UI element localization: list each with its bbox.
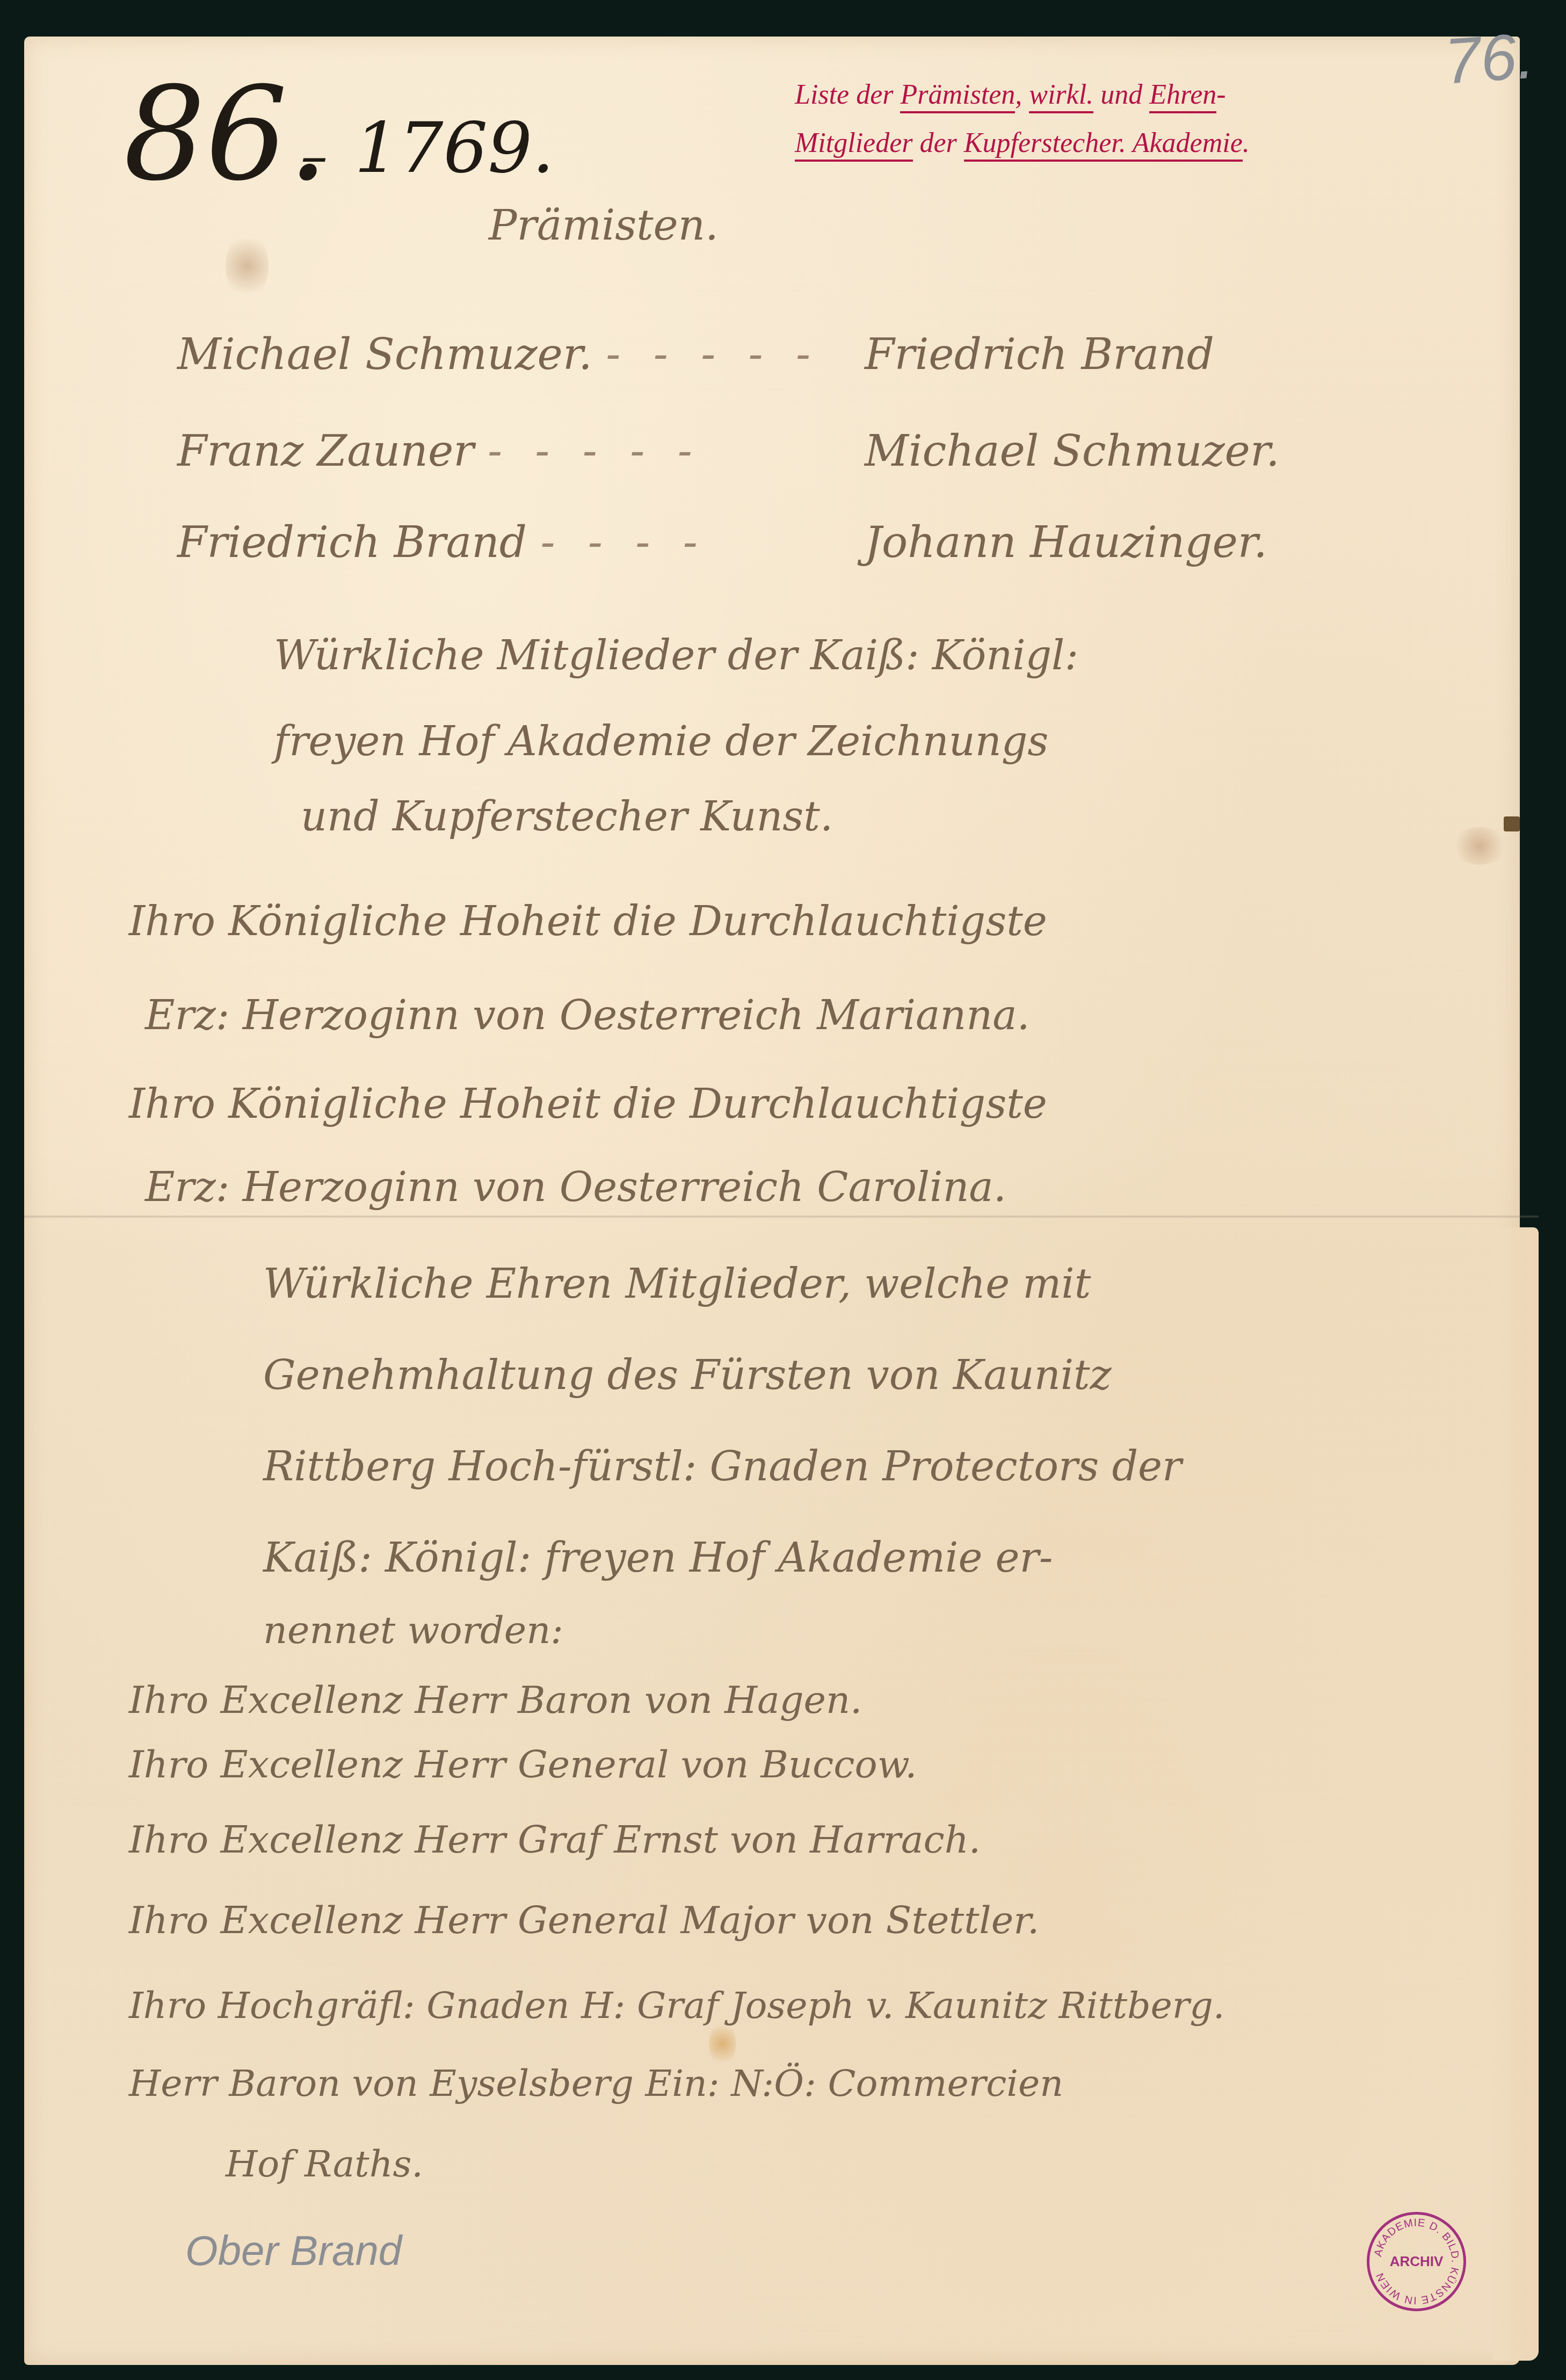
- royal-member-line: Erz: Herzoginn von Oesterreich Carolina.: [145, 1160, 1006, 1214]
- line-prefix: Ihro: [129, 1742, 208, 1786]
- header-text: ,: [1015, 79, 1029, 110]
- line-prefix: Ihro: [129, 1818, 208, 1862]
- header-text: -: [1216, 79, 1226, 110]
- line-prefix: Ihro: [129, 1985, 206, 2027]
- honorary-member-line: Ihro Excellenz Herr General von Buccow.: [129, 1740, 917, 1789]
- line-prefix: Erz:: [145, 991, 229, 1039]
- praemisten-left-name: Franz Zauner: [177, 426, 474, 476]
- paragraph-line: nennet worden:: [263, 1606, 563, 1654]
- document-year: 1769.: [354, 110, 554, 185]
- line-prefix: Ihro: [129, 1080, 215, 1127]
- paragraph-line: Kaiß: Königl: freyen Hof Akademie er-: [263, 1531, 1053, 1585]
- line-text: Excellenz Herr Baron von Hagen.: [221, 1678, 862, 1722]
- praemisten-right-name: Friedrich Brand: [865, 328, 1214, 381]
- header-underlined-text: wirkl.: [1029, 79, 1093, 113]
- dashed-connector: - - - - -: [488, 424, 702, 478]
- archive-stamp: AKADEMIE D. BILD. KÜNSTE IN WIEN ARCHIV: [1367, 2212, 1466, 2311]
- header-text: Liste der: [795, 79, 900, 110]
- honorary-member-line: Hof Raths.: [226, 2140, 423, 2189]
- praemisten-row: Franz Zauner - - - - -: [177, 424, 702, 478]
- praemisten-right-name: Johann Hauzinger.: [865, 516, 1267, 569]
- praemisten-row: Michael Schmuzer. - - - - -: [177, 328, 820, 381]
- praemisten-right-name: Michael Schmuzer.: [865, 424, 1280, 478]
- ink-stain: [1450, 827, 1509, 865]
- line-text: Excellenz Herr General Major von Stettle…: [221, 1898, 1040, 1942]
- honorary-member-line: Herr Baron von Eyselsberg Ein: N:Ö: Comm…: [129, 2060, 1063, 2108]
- royal-member-line: Erz: Herzoginn von Oesterreich Marianna.: [145, 988, 1030, 1042]
- line-prefix: Ihro: [129, 1678, 208, 1722]
- header-text: .: [1243, 128, 1250, 158]
- year-separator: –: [301, 126, 328, 185]
- line-text: Königliche Hoheit die Durchlauchtigste: [228, 897, 1047, 945]
- line-prefix: Erz:: [145, 1163, 229, 1211]
- dashed-connector: - - - -: [540, 516, 707, 569]
- header-underlined-text: Ehren: [1149, 79, 1216, 113]
- royal-member-line: Ihro Königliche Hoheit die Durchlauchtig…: [129, 894, 1047, 948]
- ink-stain: [226, 231, 269, 301]
- line-text: Herzoginn von Oesterreich Carolina.: [243, 1163, 1006, 1211]
- honorary-member-line: Ihro Hochgräfl: Gnaden H: Graf Joseph v.…: [129, 1982, 1224, 2030]
- folio-number: 76.: [1442, 18, 1536, 98]
- praemisten-row: Friedrich Brand - - - -: [177, 516, 707, 569]
- paragraph-line: Rittberg Hoch-fürstl: Gnaden Protectors …: [263, 1439, 1181, 1493]
- line-prefix: Ihro: [129, 1898, 208, 1942]
- praemisten-left-name: Friedrich Brand: [177, 517, 527, 567]
- line-text: Herzoginn von Oesterreich Marianna.: [243, 991, 1030, 1039]
- stamp-center-text: ARCHIV: [1369, 2253, 1463, 2270]
- manuscript-page-lower-edge: [1493, 1227, 1539, 2361]
- paragraph-line: Würkliche Ehren Mitglieder, welche mit: [263, 1257, 1091, 1311]
- paragraph-line: Genehmhaltung des Fürsten von Kaunitz: [263, 1348, 1112, 1402]
- file-number: 86.: [124, 64, 329, 204]
- archival-header-line-2: Mitglieder der Kupferstecher. Akademie.: [795, 126, 1250, 161]
- section-heading-praemisten: Prämisten.: [489, 199, 719, 252]
- header-underlined-text: Mitglieder: [795, 128, 913, 162]
- header-underlined-text: Kupferstecher. Akademie: [964, 128, 1243, 162]
- royal-member-line: Ihro Königliche Hoheit die Durchlauchtig…: [129, 1077, 1047, 1131]
- edge-damage: [1504, 816, 1520, 831]
- paragraph-line: Würkliche Mitglieder der Kaiß: Königl:: [274, 628, 1078, 682]
- line-text: Hochgräfl: Gnaden H: Graf Joseph v. Kaun…: [218, 1985, 1225, 2027]
- honorary-member-line: Ihro Excellenz Herr Graf Ernst von Harra…: [129, 1815, 981, 1864]
- honorary-member-line: Ihro Excellenz Herr General Major von St…: [129, 1896, 1039, 1944]
- paragraph-line: freyen Hof Akademie der Zeichnungs: [274, 714, 1048, 768]
- line-text: Königliche Hoheit die Durchlauchtigste: [228, 1080, 1047, 1127]
- header-underlined-text: Prämisten: [900, 79, 1015, 113]
- paper-fold-line: [24, 1215, 1539, 1218]
- line-prefix: Ihro: [129, 897, 215, 945]
- archival-header-line-1: Liste der Prämisten, wirkl. und Ehren-: [795, 78, 1226, 112]
- header-text: der: [913, 128, 964, 158]
- paragraph-line: und Kupferstecher Kunst.: [301, 790, 833, 843]
- dashed-connector: - - - - -: [606, 328, 820, 381]
- praemisten-left-name: Michael Schmuzer.: [177, 329, 592, 379]
- honorary-member-line: Ihro Excellenz Herr Baron von Hagen.: [129, 1676, 862, 1724]
- line-text: Excellenz Herr General von Buccow.: [221, 1742, 917, 1786]
- line-text: Excellenz Herr Graf Ernst von Harrach.: [221, 1818, 981, 1862]
- line-prefix: Herr: [129, 2063, 218, 2105]
- line-text: Baron von Eyselsberg Ein: N:Ö: Commercie…: [229, 2063, 1063, 2105]
- header-text: und: [1093, 79, 1149, 110]
- pencil-annotation: Ober Brand: [185, 2224, 402, 2277]
